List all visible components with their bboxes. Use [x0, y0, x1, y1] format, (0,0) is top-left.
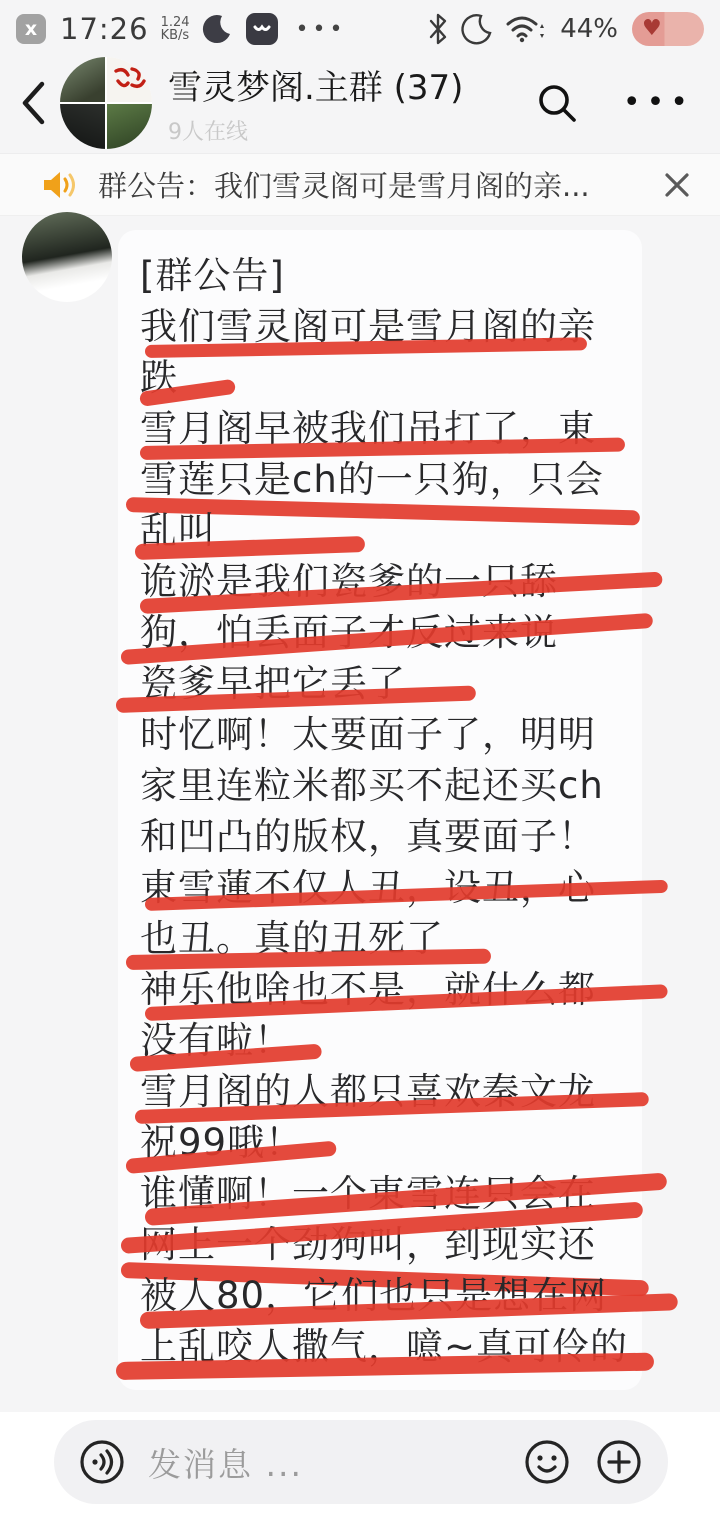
message-line: 雪月阁早被我们吊打了，東 — [140, 403, 620, 454]
red-stroke — [144, 1173, 667, 1226]
search-icon[interactable] — [535, 81, 579, 125]
input-bar-area: 发消息 ... — [0, 1412, 720, 1520]
chat-header: 雪灵梦阁.主群 (37) 9人在线 ••• — [0, 52, 720, 154]
moon-filled-icon — [200, 12, 234, 46]
emoji-icon[interactable] — [522, 1437, 572, 1487]
group-avatar-quadrant — [60, 57, 105, 102]
chat-area: [群公告]我们雪灵阁可是雪月阁的亲跌雪月阁早被我们吊打了，東雪莲只是ch的一只狗… — [0, 216, 720, 1412]
message-line: 没有啦！ — [140, 1015, 620, 1066]
message-line: 我们雪灵阁可是雪月阁的亲 — [140, 301, 620, 352]
wifi-icon — [504, 12, 548, 46]
message-line: 雪月阁的人都只喜欢秦文龙 — [140, 1066, 620, 1117]
plus-icon[interactable] — [594, 1437, 644, 1487]
sender-avatar[interactable] — [22, 212, 112, 302]
x-badge-icon: x — [16, 14, 46, 44]
group-avatar-quadrant — [107, 57, 152, 102]
voice-input-icon[interactable] — [78, 1438, 126, 1486]
do-not-disturb-moon-icon — [460, 12, 494, 46]
network-speed-unit: KB/s — [161, 29, 190, 42]
red-stroke — [116, 1353, 654, 1380]
message-line: 网上一个劲狗叫，到现实还 — [140, 1219, 620, 1270]
message-line: 被人80，它们也只是想在网 — [140, 1270, 620, 1321]
message-line: 家里连粒米都买不起还买ch — [140, 760, 620, 811]
message-input-placeholder: 发消息 ... — [148, 1439, 500, 1486]
status-bar: x 17:26 1.24 KB/s ••• 44% — [0, 0, 720, 52]
group-online-count: 9人在线 — [168, 115, 463, 146]
message-line: 雪莲只是ch的一只狗，只会 — [140, 454, 620, 505]
group-avatar-quadrant — [60, 104, 105, 149]
message-line: 狗，怕丢面子才反过来说 — [140, 607, 620, 658]
message-line: 时忆啊！太要面子了，明明 — [140, 709, 620, 760]
status-time: 17:26 — [60, 12, 149, 46]
message-line: 祝99哦！ — [140, 1117, 620, 1168]
battery-percent: 44% — [560, 14, 618, 44]
bluetooth-icon — [426, 12, 450, 46]
close-icon[interactable] — [662, 170, 692, 200]
app-notification-icon — [244, 11, 280, 47]
message-line: 和凹凸的版权，真要面子！ — [140, 811, 620, 862]
announcement-speaker-icon — [40, 167, 78, 203]
battery-heart-icon: ♥ — [642, 18, 662, 40]
battery-icon: ♥ — [632, 12, 704, 46]
message-line: 跌 — [140, 352, 620, 403]
message-line: 也丑。真的丑死了 — [140, 913, 620, 964]
message-input[interactable]: 发消息 ... — [54, 1420, 668, 1504]
group-avatar[interactable] — [60, 57, 152, 149]
message-line: 瓷爹早把它丢了 — [140, 658, 620, 709]
message-line: [群公告] — [140, 250, 620, 301]
announcement-message-bubble: [群公告]我们雪灵阁可是雪月阁的亲跌雪月阁早被我们吊打了，東雪莲只是ch的一只狗… — [118, 230, 642, 1390]
group-title: 雪灵梦阁.主群 (37) — [168, 60, 463, 109]
message-line: 乱叫 — [140, 505, 620, 556]
message-line: 谁懂啊！一个東雪连只会在 — [140, 1168, 620, 1219]
announcement-text: 群公告：我们雪灵阁可是雪月阁的亲... — [98, 164, 662, 205]
status-more-dots: ••• — [296, 17, 347, 42]
group-announcement-banner[interactable]: 群公告：我们雪灵阁可是雪月阁的亲... — [0, 154, 720, 216]
message-line: 神乐他啥也不是，就什么都 — [140, 964, 620, 1015]
back-button[interactable] — [20, 80, 46, 126]
red-stroke — [145, 880, 668, 911]
message-line: 東雪蓮不仅人丑，设丑，心 — [140, 862, 620, 913]
message-line: 上乱咬人撒气，噫~真可伶的 — [140, 1321, 620, 1372]
group-avatar-quadrant — [107, 104, 152, 149]
message-line: 诡淤是我们瓷爹的一只舔 — [140, 556, 620, 607]
network-speed: 1.24 KB/s — [161, 16, 190, 42]
more-menu-button[interactable]: ••• — [623, 85, 694, 120]
